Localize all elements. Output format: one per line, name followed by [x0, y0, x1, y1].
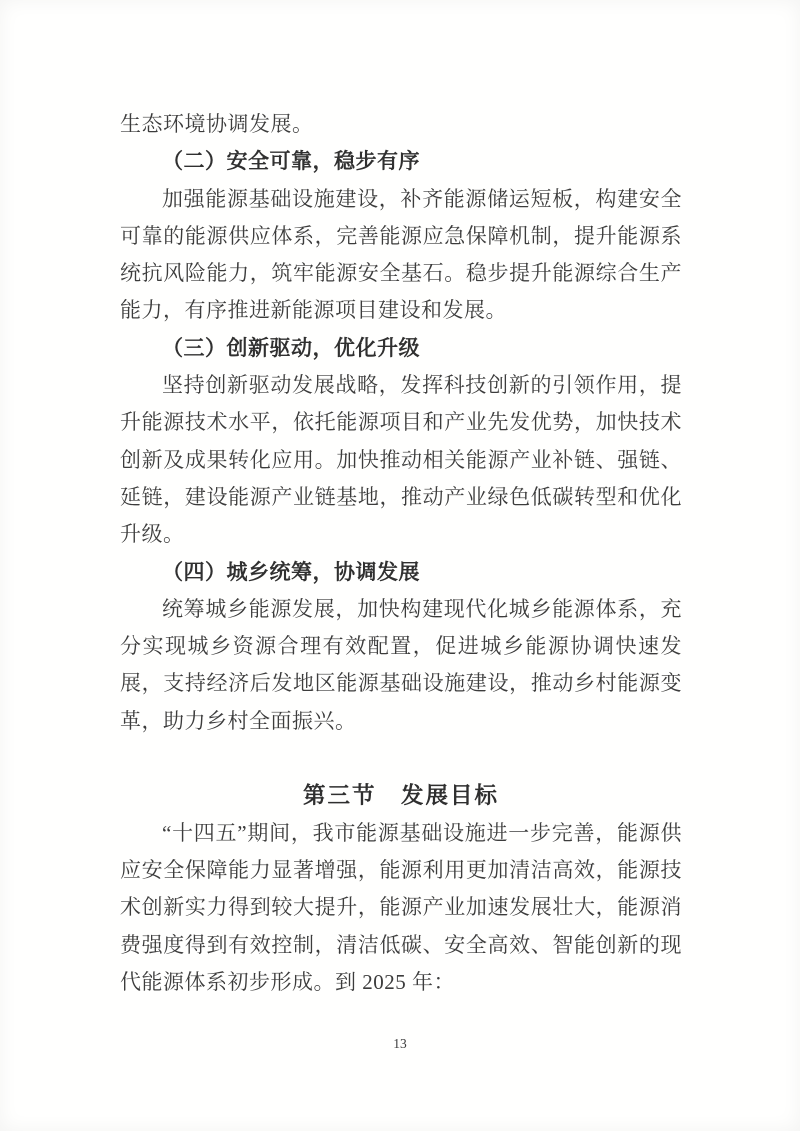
body-line: 坚持创新驱动发展战略，发挥科技创新的引领作用，提 — [120, 367, 682, 404]
body-line: 加强能源基础设施建设，补齐能源储运短板，构建安全 — [120, 181, 682, 218]
page-number: 13 — [0, 1036, 800, 1052]
body-line: 代能源体系初步形成。到 2025 年： — [120, 964, 682, 1001]
body-line: 创新及成果转化应用。加快推动相关能源产业补链、强链、 — [120, 442, 682, 479]
body-line: 升能源技术水平，依托能源项目和产业先发优势，加快技术 — [120, 404, 682, 441]
subsection-heading-3: （三）创新驱动，优化升级 — [120, 330, 682, 367]
body-line: 升级。 — [120, 516, 682, 553]
body-line: 延链，建设能源产业链基地，推动产业绿色低碳转型和优化 — [120, 479, 682, 516]
text-column: 生态环境协调发展。 （二）安全可靠，稳步有序 加强能源基础设施建设，补齐能源储运… — [120, 106, 682, 1001]
body-line: 展，支持经济后发地区能源基础设施建设，推动乡村能源变 — [120, 665, 682, 702]
body-line: 可靠的能源供应体系，完善能源应急保障机制，提升能源系 — [120, 218, 682, 255]
body-line: 统抗风险能力，筑牢能源安全基石。稳步提升能源综合生产 — [120, 255, 682, 292]
body-line: 应安全保障能力显著增强，能源利用更加清洁高效，能源技 — [120, 852, 682, 889]
section-title: 第三节 发展目标 — [120, 777, 682, 814]
body-line: 革，助力乡村全面振兴。 — [120, 703, 682, 740]
subsection-heading-2: （二）安全可靠，稳步有序 — [120, 143, 682, 180]
paragraph-continuation-line: 生态环境协调发展。 — [120, 106, 682, 143]
body-line: 费强度得到有效控制，清洁低碳、安全高效、智能创新的现 — [120, 927, 682, 964]
body-line: “十四五”期间，我市能源基础设施进一步完善，能源供 — [120, 815, 682, 852]
body-line: 术创新实力得到较大提升，能源产业加速发展壮大，能源消 — [120, 889, 682, 926]
body-line: 统筹城乡能源发展，加快构建现代化城乡能源体系，充 — [120, 591, 682, 628]
document-page: 生态环境协调发展。 （二）安全可靠，稳步有序 加强能源基础设施建设，补齐能源储运… — [0, 0, 800, 1131]
blank-line — [120, 740, 682, 777]
body-line: 分实现城乡资源合理有效配置，促进城乡能源协调快速发 — [120, 628, 682, 665]
subsection-heading-4: （四）城乡统筹，协调发展 — [120, 554, 682, 591]
body-line: 能力，有序推进新能源项目建设和发展。 — [120, 292, 682, 329]
